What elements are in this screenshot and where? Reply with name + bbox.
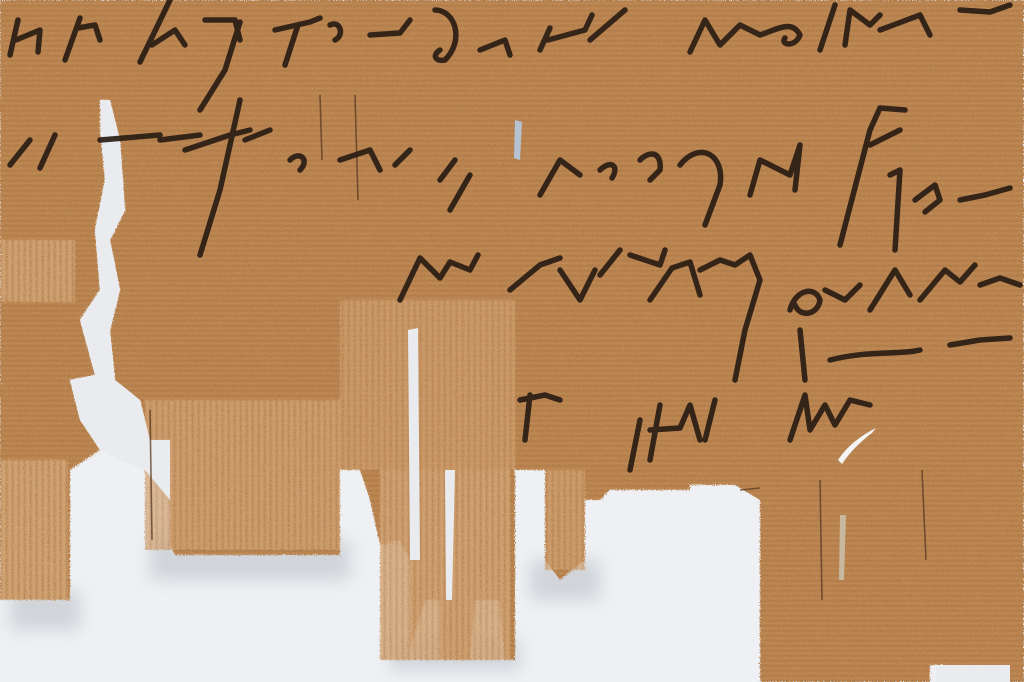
papyrus-photo: [0, 0, 1024, 682]
